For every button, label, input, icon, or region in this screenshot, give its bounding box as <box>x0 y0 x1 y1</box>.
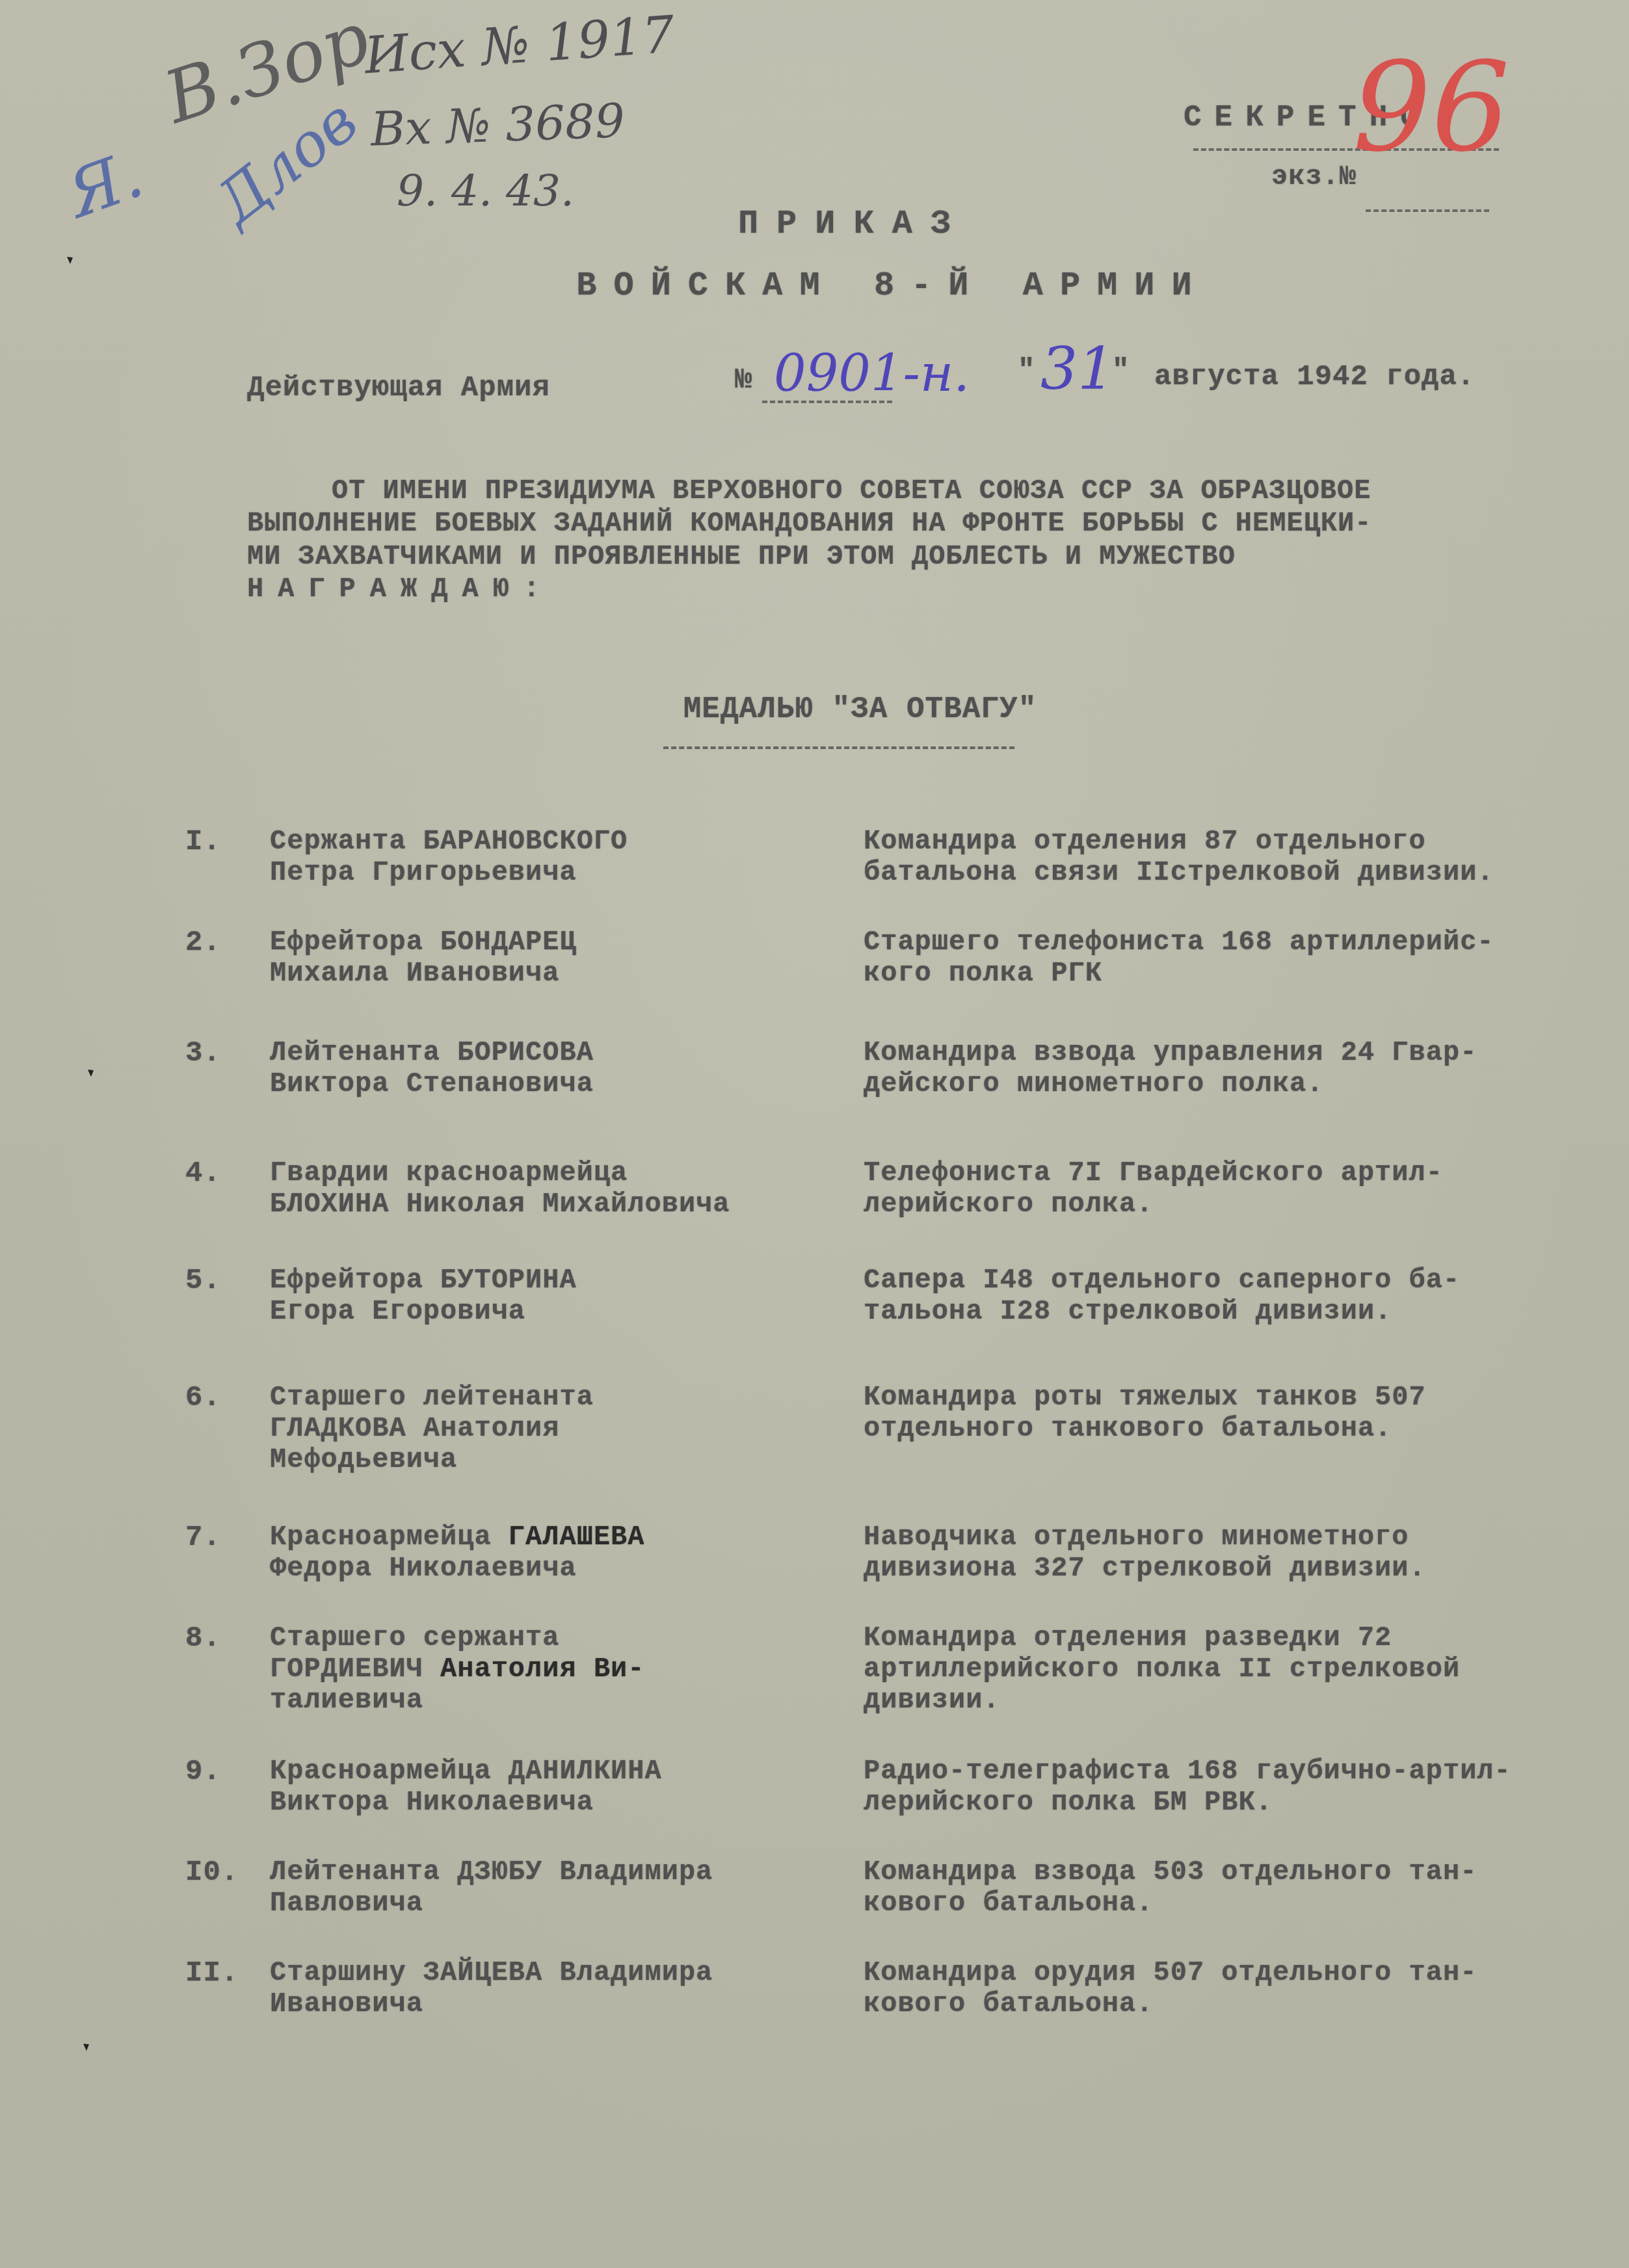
awardee-name: Ефрейтора БОНДАРЕЦ Михаила Ивановича <box>270 927 855 989</box>
date-month-year: августа 1942 года. <box>1154 361 1475 393</box>
binder-hole-bottom <box>81 2042 92 2052</box>
awardee-name: Ефрейтора БУТОРИНА Егора Егоровича <box>270 1265 855 1327</box>
place-label: Действующая Армия <box>247 372 550 404</box>
awardee-name: Красноармейца ДАНИЛКИНА Виктора Николаев… <box>270 1756 855 1818</box>
medal-heading-underline <box>663 746 1014 749</box>
awardee-name: Старшину ЗАЙЦЕВА Владимира Ивановича <box>270 1957 855 2020</box>
awardee-unit: Наводчика отдельного минометного дивизио… <box>864 1522 1611 1584</box>
awardee-patronymic-end: талиевича <box>270 1685 423 1716</box>
awardee-name: Сержанта БАРАНОВСКОГО Петра Григорьевича <box>270 826 855 888</box>
awardee-name: Лейтенанта БОРИСОВА Виктора Степановича <box>270 1037 855 1100</box>
item-number: 7. <box>185 1522 263 1554</box>
date-quote-open: " <box>1018 354 1035 387</box>
awardee-unit: Командира орудия 507 отдельного тан- ков… <box>864 1957 1611 2020</box>
handwritten-incoming-number: Вх № 3689 <box>370 93 626 157</box>
medal-heading: МЕДАЛЬЮ "ЗА ОТВАГУ" <box>0 692 1629 726</box>
awardee-name: Старшего сержанта ГОРДИЕВИЧ Анатолия Ви-… <box>270 1622 855 1716</box>
awardee-unit: Командира взвода 503 отдельного тан- ков… <box>864 1856 1611 1919</box>
awardee-name: Красноармейца ГАЛАШЕВА Федора Николаевич… <box>270 1522 855 1584</box>
award-word: НАГРАЖДАЮ: <box>247 573 1574 605</box>
order-title: ПРИКАЗ <box>0 205 1629 243</box>
item-number: 5. <box>185 1265 263 1297</box>
awardee-name: Гвардии красноармейца БЛОХИНА Николая Ми… <box>270 1157 855 1220</box>
order-number-handwritten: 0901-н. <box>774 345 970 403</box>
order-addressee: ВОЙСКАМ 8-Й АРМИИ <box>0 267 1629 305</box>
awardee-surname: ГОРДИЕВИЧ <box>270 1654 440 1685</box>
copy-number-handwritten: 96 <box>1353 46 1510 169</box>
item-number: 2. <box>185 927 263 959</box>
awardee-rank: Старшего сержанта <box>270 1622 559 1654</box>
item-number: I0. <box>185 1856 263 1889</box>
copy-number-label: экз.№ <box>1271 161 1357 192</box>
binder-hole-middle <box>86 1068 96 1078</box>
awardee-unit: Командира взвода управления 24 Гвар- дей… <box>864 1037 1611 1100</box>
preamble: ОТ ИМЕНИ ПРЕЗИДИУМА ВЕРХОВНОГО СОВЕТА СО… <box>247 475 1574 606</box>
item-number: 6. <box>185 1382 263 1414</box>
binder-hole-top <box>65 255 75 265</box>
date-quote-close: " <box>1112 354 1130 387</box>
date-day-handwritten: 31 <box>1040 335 1115 403</box>
awardee-unit: Командира роты тяжелых танков 507 отдель… <box>864 1382 1611 1444</box>
awardee-unit: Командира отделения разведки 72 артиллер… <box>864 1622 1611 1716</box>
item-number: 3. <box>185 1037 263 1070</box>
order-number-label: № <box>735 364 752 397</box>
awardee-given-names: Федора Николаевича <box>270 1553 577 1584</box>
document-paper <box>0 0 1629 2268</box>
awardee-name: Старшего лейтенанта ГЛАДКОВА Анатолия Ме… <box>270 1382 855 1475</box>
item-number: 9. <box>185 1756 263 1788</box>
awardee-given-names: Анатолия Ви- <box>440 1654 644 1685</box>
preamble-line: ВЫПОЛНЕНИЕ БОЕВЫХ ЗАДАНИЙ КОМАНДОВАНИЯ Н… <box>247 507 1574 540</box>
awardee-name: Лейтенанта ДЗЮБУ Владимира Павловича <box>270 1856 855 1919</box>
item-number: I. <box>185 826 263 858</box>
item-number: II. <box>185 1957 263 1990</box>
preamble-line: МИ ЗАХВАТЧИКАМИ И ПРОЯВЛЕННЫЕ ПРИ ЭТОМ Д… <box>247 540 1574 573</box>
item-number: 8. <box>185 1622 263 1655</box>
item-number: 4. <box>185 1157 263 1190</box>
awardee-surname: ГАЛАШЕВА <box>509 1522 645 1553</box>
awardee-unit: Старшего телефониста 168 артиллерийс- ко… <box>864 927 1611 989</box>
awardee-rank: Красноармейца <box>270 1522 509 1553</box>
awardee-unit: Телефониста 7I Гвардейского артил- лерий… <box>864 1157 1611 1220</box>
preamble-line: ОТ ИМЕНИ ПРЕЗИДИУМА ВЕРХОВНОГО СОВЕТА СО… <box>247 475 1574 507</box>
awardee-unit: Радио-телеграфиста 168 гаубично-артил- л… <box>864 1756 1611 1818</box>
awardee-unit: Командира отделения 87 отдельного баталь… <box>864 826 1611 888</box>
awardee-unit: Сапера I48 отдельного саперного ба- таль… <box>864 1265 1611 1327</box>
